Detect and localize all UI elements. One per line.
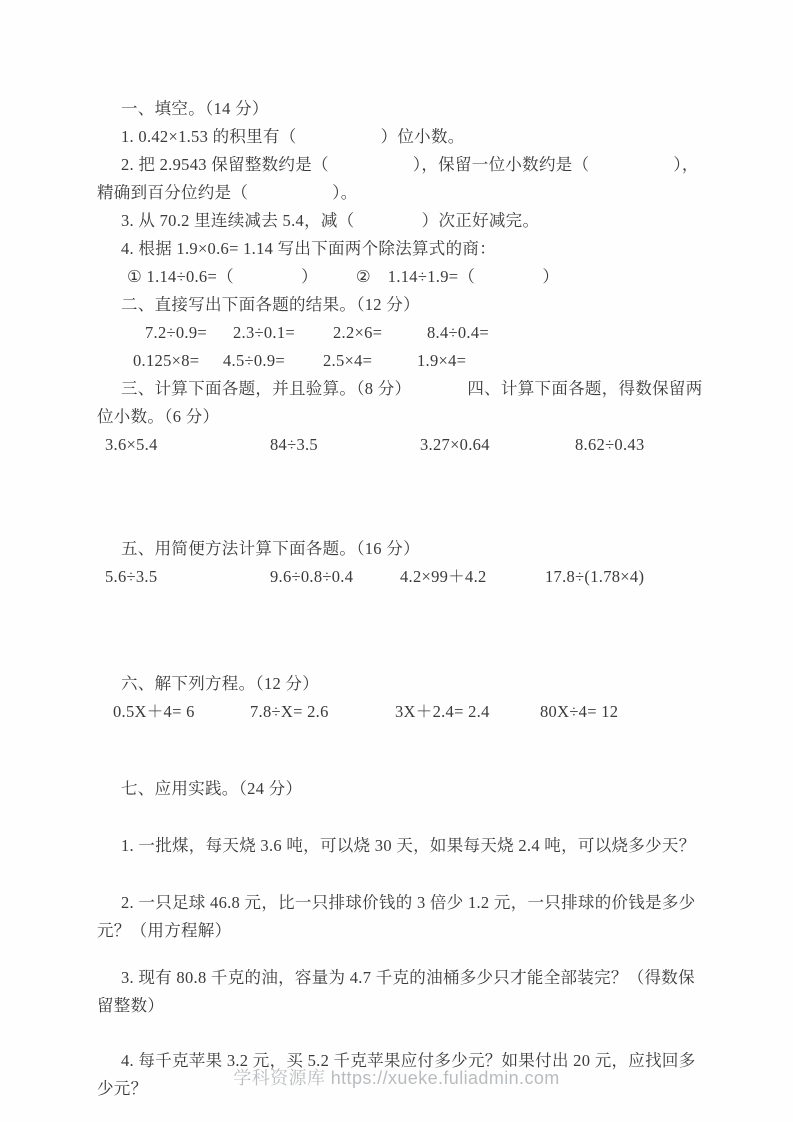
fill-item-4: 4. 根据 1.9×0.6= 1.14 写出下面两个除法算式的商： [97,235,703,263]
simplify-problem: 17.8÷(1.78×4) [545,563,703,591]
section2-heading: 二、直接写出下面各题的结果。（12 分） [97,291,703,319]
oral-problem: 2.5×4= [323,347,417,375]
calc-problem: 3.27×0.64 [420,431,575,459]
equation-problem: 80X÷4= 12 [540,698,703,726]
oral-problem: 2.2×6= [333,319,427,347]
simplify-problem: 9.6÷0.8÷0.4 [270,563,400,591]
word-problem-1: 1. 一批煤，每天烧 3.6 吨，可以烧 30 天，如果每天烧 2.4 吨，可以… [97,832,703,860]
calc-problems-row: 3.6×5.4 84÷3.5 3.27×0.64 8.62÷0.43 [97,431,703,459]
section6-heading: 六、解下列方程。（12 分） [97,670,703,698]
division-quotient-2: ② 1.14÷1.9=（ ） [356,263,559,291]
section3-4-heading: 三、计算下面各题，并且验算。（8 分）四、计算下面各题，得数保留两位小数。（6 … [97,375,703,431]
worksheet-content: 一、填空。（14 分） 1. 0.42×1.53 的积里有（ ）位小数。 2. … [97,95,703,1103]
calc-problem: 84÷3.5 [270,431,420,459]
oral-problem: 1.9×4= [417,347,703,375]
fill-item-4-answers: ① 1.14÷0.6=（ ） ② 1.14÷1.9=（ ） [97,263,703,291]
equation-problem: 7.8÷X= 2.6 [250,698,395,726]
oral-calc-row-1: 7.2÷0.9= 2.3÷0.1= 2.2×6= 8.4÷0.4= [97,319,703,347]
simplify-problems-row: 5.6÷3.5 9.6÷0.8÷0.4 4.2×99＋4.2 17.8÷(1.7… [97,563,703,591]
calc-problem: 3.6×5.4 [105,431,270,459]
fill-item-1: 1. 0.42×1.53 的积里有（ ）位小数。 [97,123,703,151]
simplify-problem: 4.2×99＋4.2 [400,563,545,591]
footer-watermark: 学科资源库 https://xueke.fuliadmin.com [0,1064,793,1090]
equation-problem: 3X＋2.4= 2.4 [395,698,540,726]
section3-heading: 三、计算下面各题，并且验算。（8 分） [121,379,411,398]
oral-calc-row-2: 0.125×8= 4.5÷0.9= 2.5×4= 1.9×4= [97,347,703,375]
fill-item-2: 2. 把 2.9543 保留整数约是（ ），保留一位小数约是（ ），精确到百分位… [97,151,703,207]
calc-problem: 8.62÷0.43 [575,431,703,459]
oral-problem: 0.125×8= [133,347,223,375]
fill-item-3: 3. 从 70.2 里连续减去 5.4，减（ ）次正好减完。 [97,207,703,235]
worksheet-page: 一、填空。（14 分） 1. 0.42×1.53 的积里有（ ）位小数。 2. … [0,0,793,1122]
oral-problem: 8.4÷0.4= [427,319,703,347]
oral-problem: 7.2÷0.9= [145,319,233,347]
section7-heading: 七、应用实践。（24 分） [97,775,703,803]
word-problem-3: 3. 现有 80.8 千克的油，容量为 4.7 千克的油桶多少只才能全部装完？（… [97,964,703,1020]
word-problem-2: 2. 一只足球 46.8 元，比一只排球价钱的 3 倍少 1.2 元，一只排球的… [97,889,703,945]
oral-problem: 2.3÷0.1= [233,319,333,347]
equation-problems-row: 0.5X＋4= 6 7.8÷X= 2.6 3X＋2.4= 2.4 80X÷4= … [97,698,703,726]
simplify-problem: 5.6÷3.5 [105,563,270,591]
section1-heading: 一、填空。（14 分） [97,95,703,123]
section5-heading: 五、用简便方法计算下面各题。（16 分） [97,535,703,563]
equation-problem: 0.5X＋4= 6 [113,698,250,726]
division-quotient-1: ① 1.14÷0.6=（ ） [127,263,318,291]
oral-problem: 4.5÷0.9= [223,347,323,375]
